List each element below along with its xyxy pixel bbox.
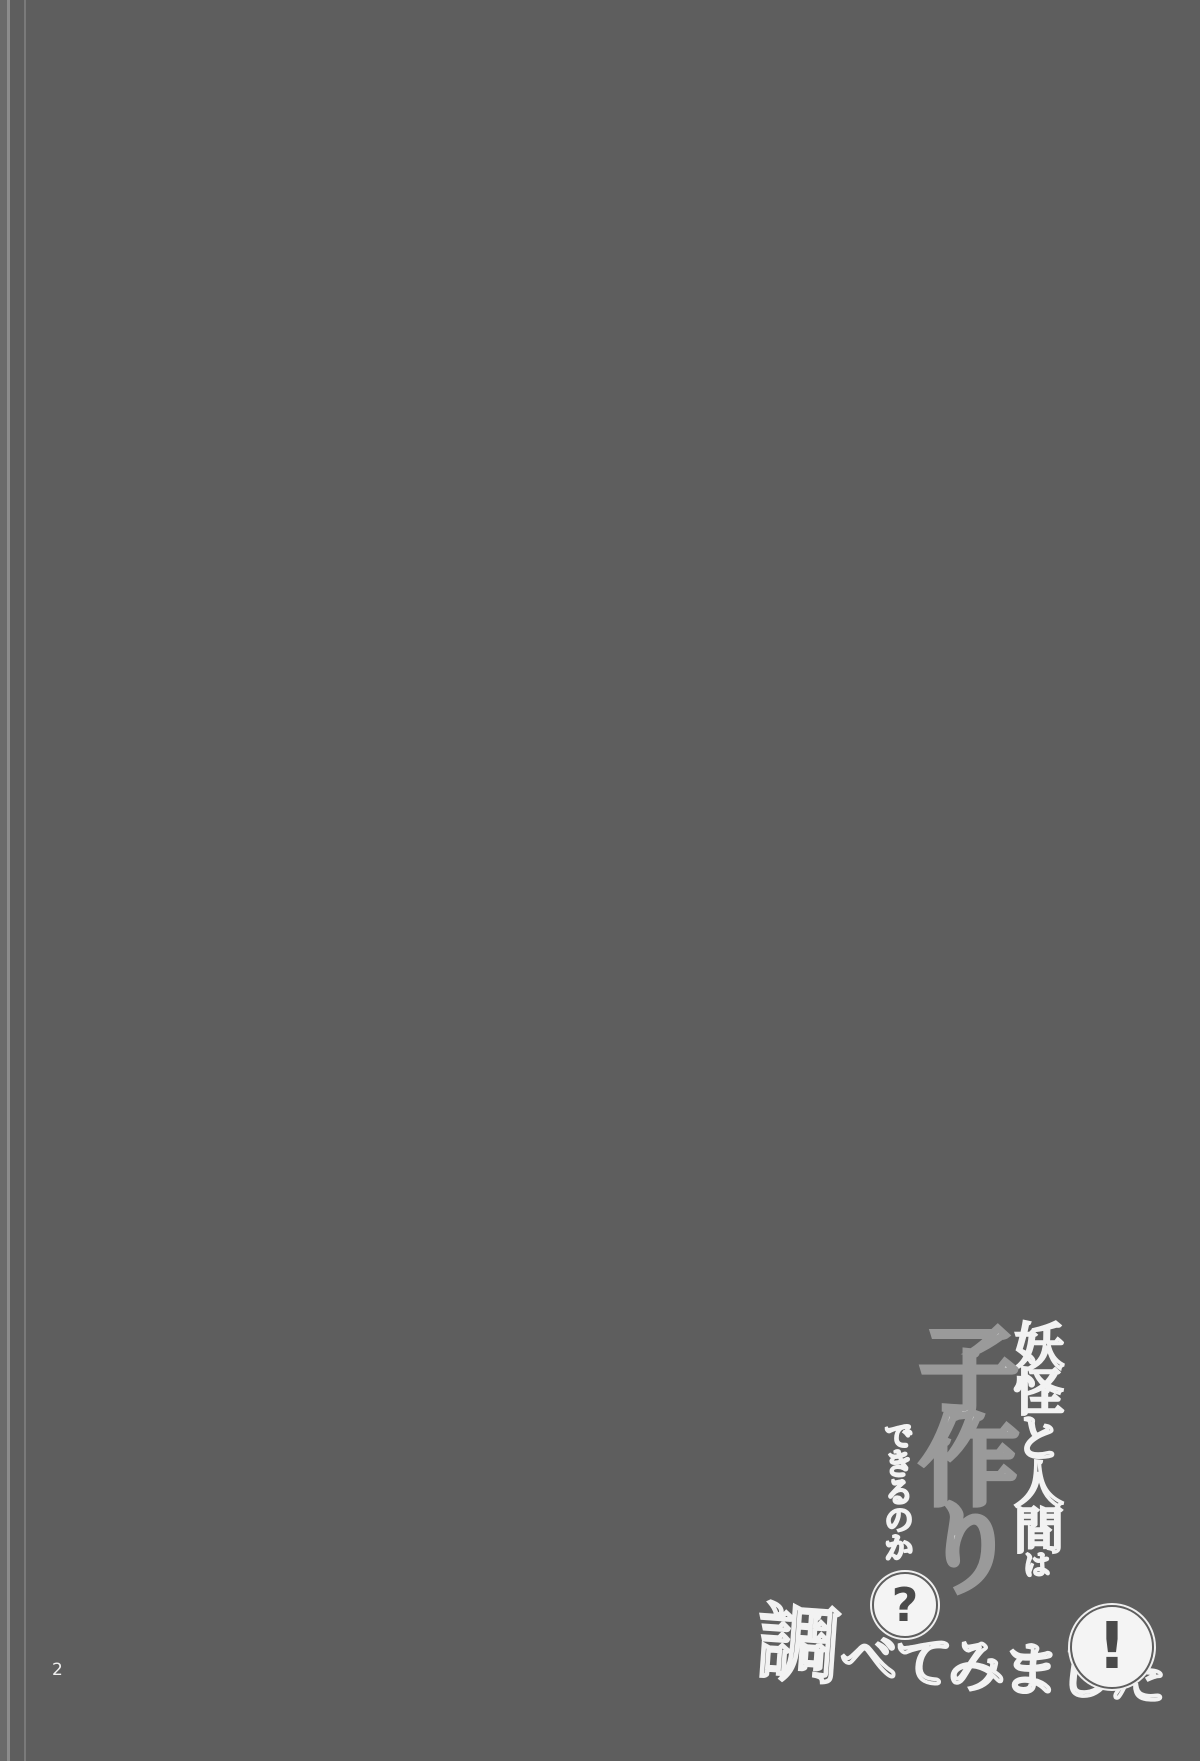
page-edge-strip [0,0,7,1761]
blank-page: 2 妖怪と人間は 子作り できるのか ? 調べてみました ! [0,0,1200,1761]
page-number: 2 [52,1660,63,1680]
exclamation-bubble-icon: ! [1070,1605,1154,1689]
title-kanji-shira: 調 [754,1593,845,1697]
title-particle-wa: は [1019,1550,1052,1574]
title-emphasis-kodukuri: 子作り [910,1320,1010,1584]
page-edge-line [7,0,10,1761]
title-line-dekiru-noka: できるのか [880,1420,910,1560]
page-gutter-line [24,0,26,1761]
title-logo: 妖怪と人間は 子作り できるのか ? 調べてみました ! [740,1300,1180,1720]
